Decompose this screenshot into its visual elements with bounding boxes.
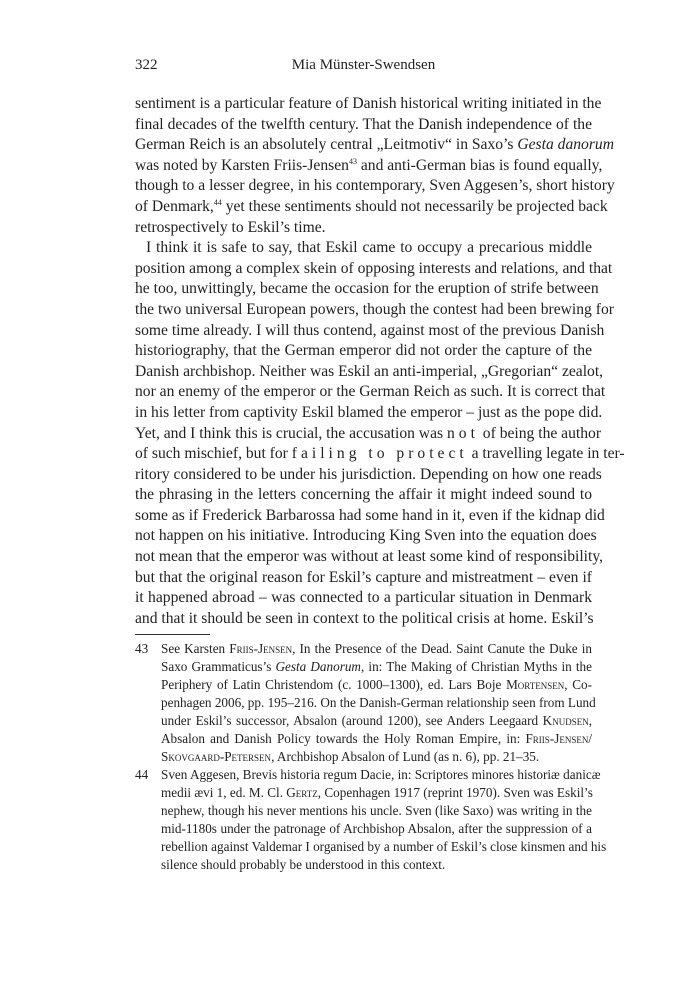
body-line: position among a complex skein of opposi… bbox=[135, 259, 592, 280]
body-line: some as if Frederick Barbarossa had some… bbox=[135, 506, 592, 527]
body-line: and that it should be seen in context to… bbox=[135, 609, 592, 630]
body-line: of Denmark,44 yet these sentiments shoul… bbox=[135, 197, 592, 218]
body-line: some time already. I will thus contend, … bbox=[135, 321, 592, 342]
body-line: historiography, that the German emperor … bbox=[135, 341, 592, 362]
body-line: the phrasing in the letters concerning t… bbox=[135, 485, 592, 506]
body-line: ritory considered to be under his jurisd… bbox=[135, 465, 592, 486]
body-line: sentiment is a particular feature of Dan… bbox=[135, 94, 592, 115]
body-line: German Reich is an absolutely central „L… bbox=[135, 135, 592, 156]
body-line: nor an enemy of the emperor or the Germa… bbox=[135, 382, 592, 403]
spaced-emphasis: not bbox=[447, 425, 479, 442]
body-text: sentiment is a particular feature of Dan… bbox=[135, 94, 592, 629]
body-line: was noted by Karsten Friis-Jensen43 and … bbox=[135, 156, 592, 177]
body-line: in his letter from captivity Eskil blame… bbox=[135, 403, 592, 424]
italic-title: Gesta danorum bbox=[517, 136, 614, 153]
body-line: he too, unwittingly, became the occasion… bbox=[135, 279, 592, 300]
footnotes: 43 See Karsten Friis-Jensen, In the Pres… bbox=[135, 640, 592, 874]
body-line: but that the original reason for Eskil’s… bbox=[135, 568, 592, 589]
footnote-ref-43[interactable]: 43 bbox=[349, 157, 357, 166]
body-line: I think it is safe to say, that Eskil ca… bbox=[135, 238, 592, 259]
footnote-number: 44 bbox=[135, 766, 148, 784]
footnote-44: 44 Sven Aggesen, Brevis historia regum D… bbox=[135, 766, 592, 874]
page-header: 322 Mia Münster-Swendsen bbox=[135, 57, 592, 79]
body-line: of such mischief, but for failing to pro… bbox=[135, 444, 592, 465]
body-line: retrospectively to Eskil’s time. bbox=[135, 218, 592, 239]
running-head: Mia Münster-Swendsen bbox=[135, 57, 592, 74]
footnote-divider bbox=[135, 634, 210, 635]
body-line: it happened abroad – was connected to a … bbox=[135, 588, 592, 609]
body-line: though to a lesser degree, in his contem… bbox=[135, 176, 592, 197]
footnote-43: 43 See Karsten Friis-Jensen, In the Pres… bbox=[135, 640, 592, 766]
footnote-number: 43 bbox=[135, 640, 148, 658]
body-line: final decades of the twelfth century. Th… bbox=[135, 115, 592, 136]
spaced-emphasis: failing to protect bbox=[292, 445, 468, 462]
body-line: Yet, and I think this is crucial, the ac… bbox=[135, 424, 592, 445]
body-line: not mean that the emperor was without at… bbox=[135, 547, 592, 568]
body-line: Danish archbishop. Neither was Eskil an … bbox=[135, 362, 592, 383]
footnote-ref-44[interactable]: 44 bbox=[214, 198, 222, 207]
body-line: not happen on his initiative. Introducin… bbox=[135, 526, 592, 547]
body-line: the two universal European powers, thoug… bbox=[135, 300, 592, 321]
